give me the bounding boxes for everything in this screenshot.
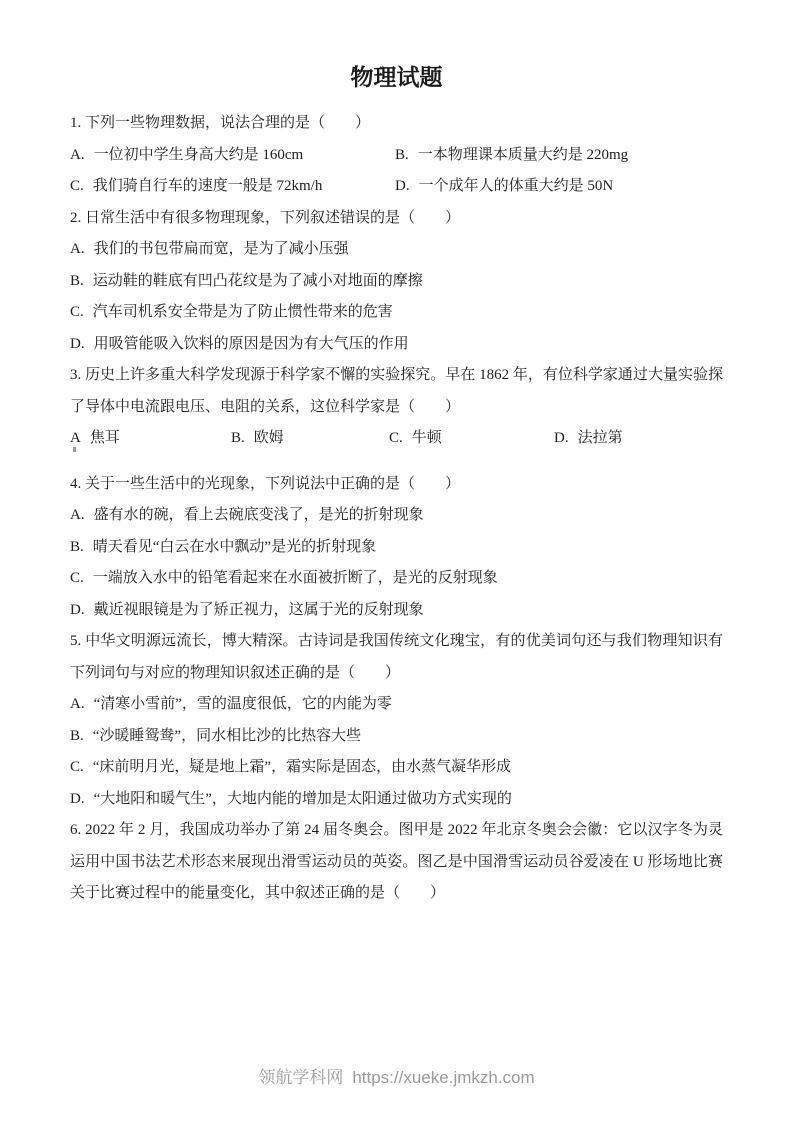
question-1-option-D: D.一个成年人的体重大约是 50N	[395, 171, 613, 203]
option-label: D.	[70, 602, 85, 618]
question-5-option-C: C.“床前明月光，疑是地上霜”，霜实际是固态，由水蒸气凝华形成	[70, 759, 511, 775]
question-5-stem-line-2: 下列词句与对应的物理知识叙述正确的是（ ）	[70, 658, 723, 690]
question-2-option-B: B.运动鞋的鞋底有凹凸花纹是为了减小对地面的摩擦	[70, 273, 423, 289]
option-label: B.	[70, 539, 84, 555]
question-5-stem-line-1: 5. 中华文明源远流长，博大精深。古诗词是我国传统文化瑰宝，有的优美词句还与我们…	[70, 626, 723, 658]
question-1-option-B: B.一本物理课本质量大约是 220mg	[395, 140, 628, 172]
question-5-option-row: D.“大地阳和暖气生”，大地内能的增加是太阳通过做功方式实现的	[70, 784, 723, 816]
option-label: A.	[70, 241, 85, 257]
question-1: 1. 下列一些物理数据，说法合理的是（ ）A.一位初中学生身高大约是 160cm…	[70, 108, 723, 203]
option-text: 一个成年人的体重大约是 50N	[419, 178, 614, 194]
question-1-options-row-1: A.一位初中学生身高大约是 160cmB.一本物理课本质量大约是 220mg	[70, 140, 723, 172]
option-text: 一本物理课本质量大约是 220mg	[418, 147, 628, 163]
question-5-option-row: A.“清寒小雪前”，雪的温度很低，它的内能为零	[70, 689, 723, 721]
question-4-option-B: B.晴天看见“白云在水中飘动”是光的折射现象	[70, 539, 376, 555]
question-1-options-row-2: C.我们骑自行车的速度一般是 72km/hD.一个成年人的体重大约是 50N	[70, 171, 723, 203]
option-label: D.	[554, 430, 569, 446]
option-label: C.	[70, 304, 84, 320]
questions-container: 1. 下列一些物理数据，说法合理的是（ ）A.一位初中学生身高大约是 160cm…	[70, 108, 723, 910]
question-1-option-A: A.一位初中学生身高大约是 160cm	[70, 140, 303, 172]
option-text: 汽车司机系安全带是为了防止惯性带来的危害	[93, 304, 393, 320]
question-3-option-D: D.法拉第	[554, 423, 623, 455]
question-4-option-C: C.一端放入水中的铅笔看起来在水面被折断了，是光的反射现象	[70, 570, 498, 586]
option-text: “大地阳和暖气生”，大地内能的增加是太阳通过做功方式实现的	[94, 791, 512, 807]
option-text: 用吸管能吸入饮料的原因是因为有大气压的作用	[94, 336, 409, 352]
question-5-option-D: D.“大地阳和暖气生”，大地内能的增加是太阳通过做功方式实现的	[70, 791, 512, 807]
option-label: C.	[70, 178, 84, 194]
option-text: “沙暖睡鸳鸯”，同水相比沙的比热容大些	[93, 728, 361, 744]
question-2-stem-line-1: 2. 日常生活中有很多物理现象，下列叙述错误的是（ ）	[70, 203, 723, 235]
question-4-option-row: D.戴近视眼镜是为了矫正视力，这属于光的反射现象	[70, 595, 723, 627]
question-4-option-row: A.盛有水的碗，看上去碗底变浅了，是光的折射现象	[70, 500, 723, 532]
question-1-stem-line-1: 1. 下列一些物理数据，说法合理的是（ ）	[70, 108, 723, 140]
option-text: 戴近视眼镜是为了矫正视力，这属于光的反射现象	[94, 602, 424, 618]
option-label: C.	[70, 570, 84, 586]
option-text: 牛顿	[412, 430, 442, 446]
option-text: 焦耳	[90, 430, 120, 446]
option-text: 一端放入水中的铅笔看起来在水面被折断了，是光的反射现象	[93, 570, 498, 586]
option-label: C.	[70, 759, 84, 775]
question-3-option-C: C.牛顿	[389, 423, 442, 455]
option-label: A.	[70, 507, 85, 523]
option-text: 一位初中学生身高大约是 160cm	[94, 147, 304, 163]
option-text: 晴天看见“白云在水中飘动”是光的折射现象	[93, 539, 376, 555]
question-6: 6. 2022 年 2 月，我国成功举办了第 24 届冬奥会。图甲是 2022 …	[70, 815, 723, 910]
option-label: B.	[70, 728, 84, 744]
option-label: A.	[70, 147, 85, 163]
option-label: B.	[70, 273, 84, 289]
question-5-option-B: B.“沙暖睡鸳鸯”，同水相比沙的比热容大些	[70, 728, 361, 744]
question-2-option-row: C.汽车司机系安全带是为了防止惯性带来的危害	[70, 297, 723, 329]
question-6-stem-line-2: 运用中国书法艺术形态来展现出滑雪运动员的英姿。图乙是中国滑雪运动员谷爱凌在 U …	[70, 847, 723, 879]
option-text: 盛有水的碗，看上去碗底变浅了，是光的折射现象	[94, 507, 424, 523]
question-2-option-row: A.我们的书包带扁而宽，是为了减小压强	[70, 234, 723, 266]
page-title: 物理试题	[0, 61, 793, 93]
question-5-option-A: A.“清寒小雪前”，雪的温度很低，它的内能为零	[70, 696, 392, 712]
question-2-option-row: D.用吸管能吸入饮料的原因是因为有大气压的作用	[70, 329, 723, 361]
question-4-option-A: A.盛有水的碗，看上去碗底变浅了，是光的折射现象	[70, 507, 424, 523]
footer-watermark: 领航学科网https://xueke.jmkzh.com	[0, 1063, 793, 1088]
question-1-option-C: C.我们骑自行车的速度一般是 72km/h	[70, 171, 322, 203]
question-3-option-A: A焦耳	[70, 423, 120, 455]
question-3: 3. 历史上许多重大科学发现源于科学家不懈的实验探究。早在 1862 年，有位科…	[70, 360, 723, 455]
footer-url: https://xueke.jmkzh.com	[352, 1068, 534, 1087]
option-text: 我们骑自行车的速度一般是 72km/h	[93, 178, 323, 194]
question-3-stem-line-2: 了导体中电流跟电压、电阻的关系，这位科学家是（ ）	[70, 392, 723, 424]
question-5-option-row: C.“床前明月光，疑是地上霜”，霜实际是固态，由水蒸气凝华形成	[70, 752, 723, 784]
option-text: 运动鞋的鞋底有凹凸花纹是为了减小对地面的摩擦	[93, 273, 423, 289]
option-text: 我们的书包带扁而宽，是为了减小压强	[94, 241, 349, 257]
question-4-option-row: B.晴天看见“白云在水中飘动”是光的折射现象	[70, 532, 723, 564]
question-4-option-row: C.一端放入水中的铅笔看起来在水面被折断了，是光的反射现象	[70, 563, 723, 595]
scan-artifact-dot	[73, 447, 76, 452]
question-2-option-C: C.汽车司机系安全带是为了防止惯性带来的危害	[70, 304, 393, 320]
question-4: 4. 关于一些生活中的光现象，下列说法中正确的是（ ）A.盛有水的碗，看上去碗底…	[70, 469, 723, 627]
option-label: A.	[70, 696, 85, 712]
option-label: D.	[70, 336, 85, 352]
question-3-options-row: A焦耳B.欧姆C.牛顿D.法拉第	[70, 423, 723, 455]
option-text: “清寒小雪前”，雪的温度很低，它的内能为零	[94, 696, 392, 712]
question-5: 5. 中华文明源远流长，博大精深。古诗词是我国传统文化瑰宝，有的优美词句还与我们…	[70, 626, 723, 815]
footer-site-name: 领航学科网	[258, 1068, 343, 1087]
option-label: B.	[231, 430, 245, 446]
question-3-option-B: B.欧姆	[231, 423, 284, 455]
question-2-option-row: B.运动鞋的鞋底有凹凸花纹是为了减小对地面的摩擦	[70, 266, 723, 298]
option-label: C.	[389, 430, 403, 446]
question-6-stem-line-1: 6. 2022 年 2 月，我国成功举办了第 24 届冬奥会。图甲是 2022 …	[70, 815, 723, 847]
question-2-option-A: A.我们的书包带扁而宽，是为了减小压强	[70, 241, 349, 257]
question-2-option-D: D.用吸管能吸入饮料的原因是因为有大气压的作用	[70, 336, 409, 352]
question-5-option-row: B.“沙暖睡鸳鸯”，同水相比沙的比热容大些	[70, 721, 723, 753]
option-text: 法拉第	[578, 430, 623, 446]
exam-page: 物理试题 1. 下列一些物理数据，说法合理的是（ ）A.一位初中学生身高大约是 …	[0, 0, 793, 1122]
option-label: D.	[395, 178, 410, 194]
question-2: 2. 日常生活中有很多物理现象，下列叙述错误的是（ ）A.我们的书包带扁而宽，是…	[70, 203, 723, 361]
question-3-stem-line-1: 3. 历史上许多重大科学发现源于科学家不懈的实验探究。早在 1862 年，有位科…	[70, 360, 723, 392]
option-label: B.	[395, 147, 409, 163]
question-4-stem-line-1: 4. 关于一些生活中的光现象，下列说法中正确的是（ ）	[70, 469, 723, 501]
option-text: 欧姆	[254, 430, 284, 446]
option-text: “床前明月光，疑是地上霜”，霜实际是固态，由水蒸气凝华形成	[93, 759, 511, 775]
option-label: D.	[70, 791, 85, 807]
question-6-stem-line-3: 关于比赛过程中的能量变化，其中叙述正确的是（ ）	[70, 878, 723, 910]
option-label: A	[70, 430, 81, 446]
question-4-option-D: D.戴近视眼镜是为了矫正视力，这属于光的反射现象	[70, 602, 424, 618]
